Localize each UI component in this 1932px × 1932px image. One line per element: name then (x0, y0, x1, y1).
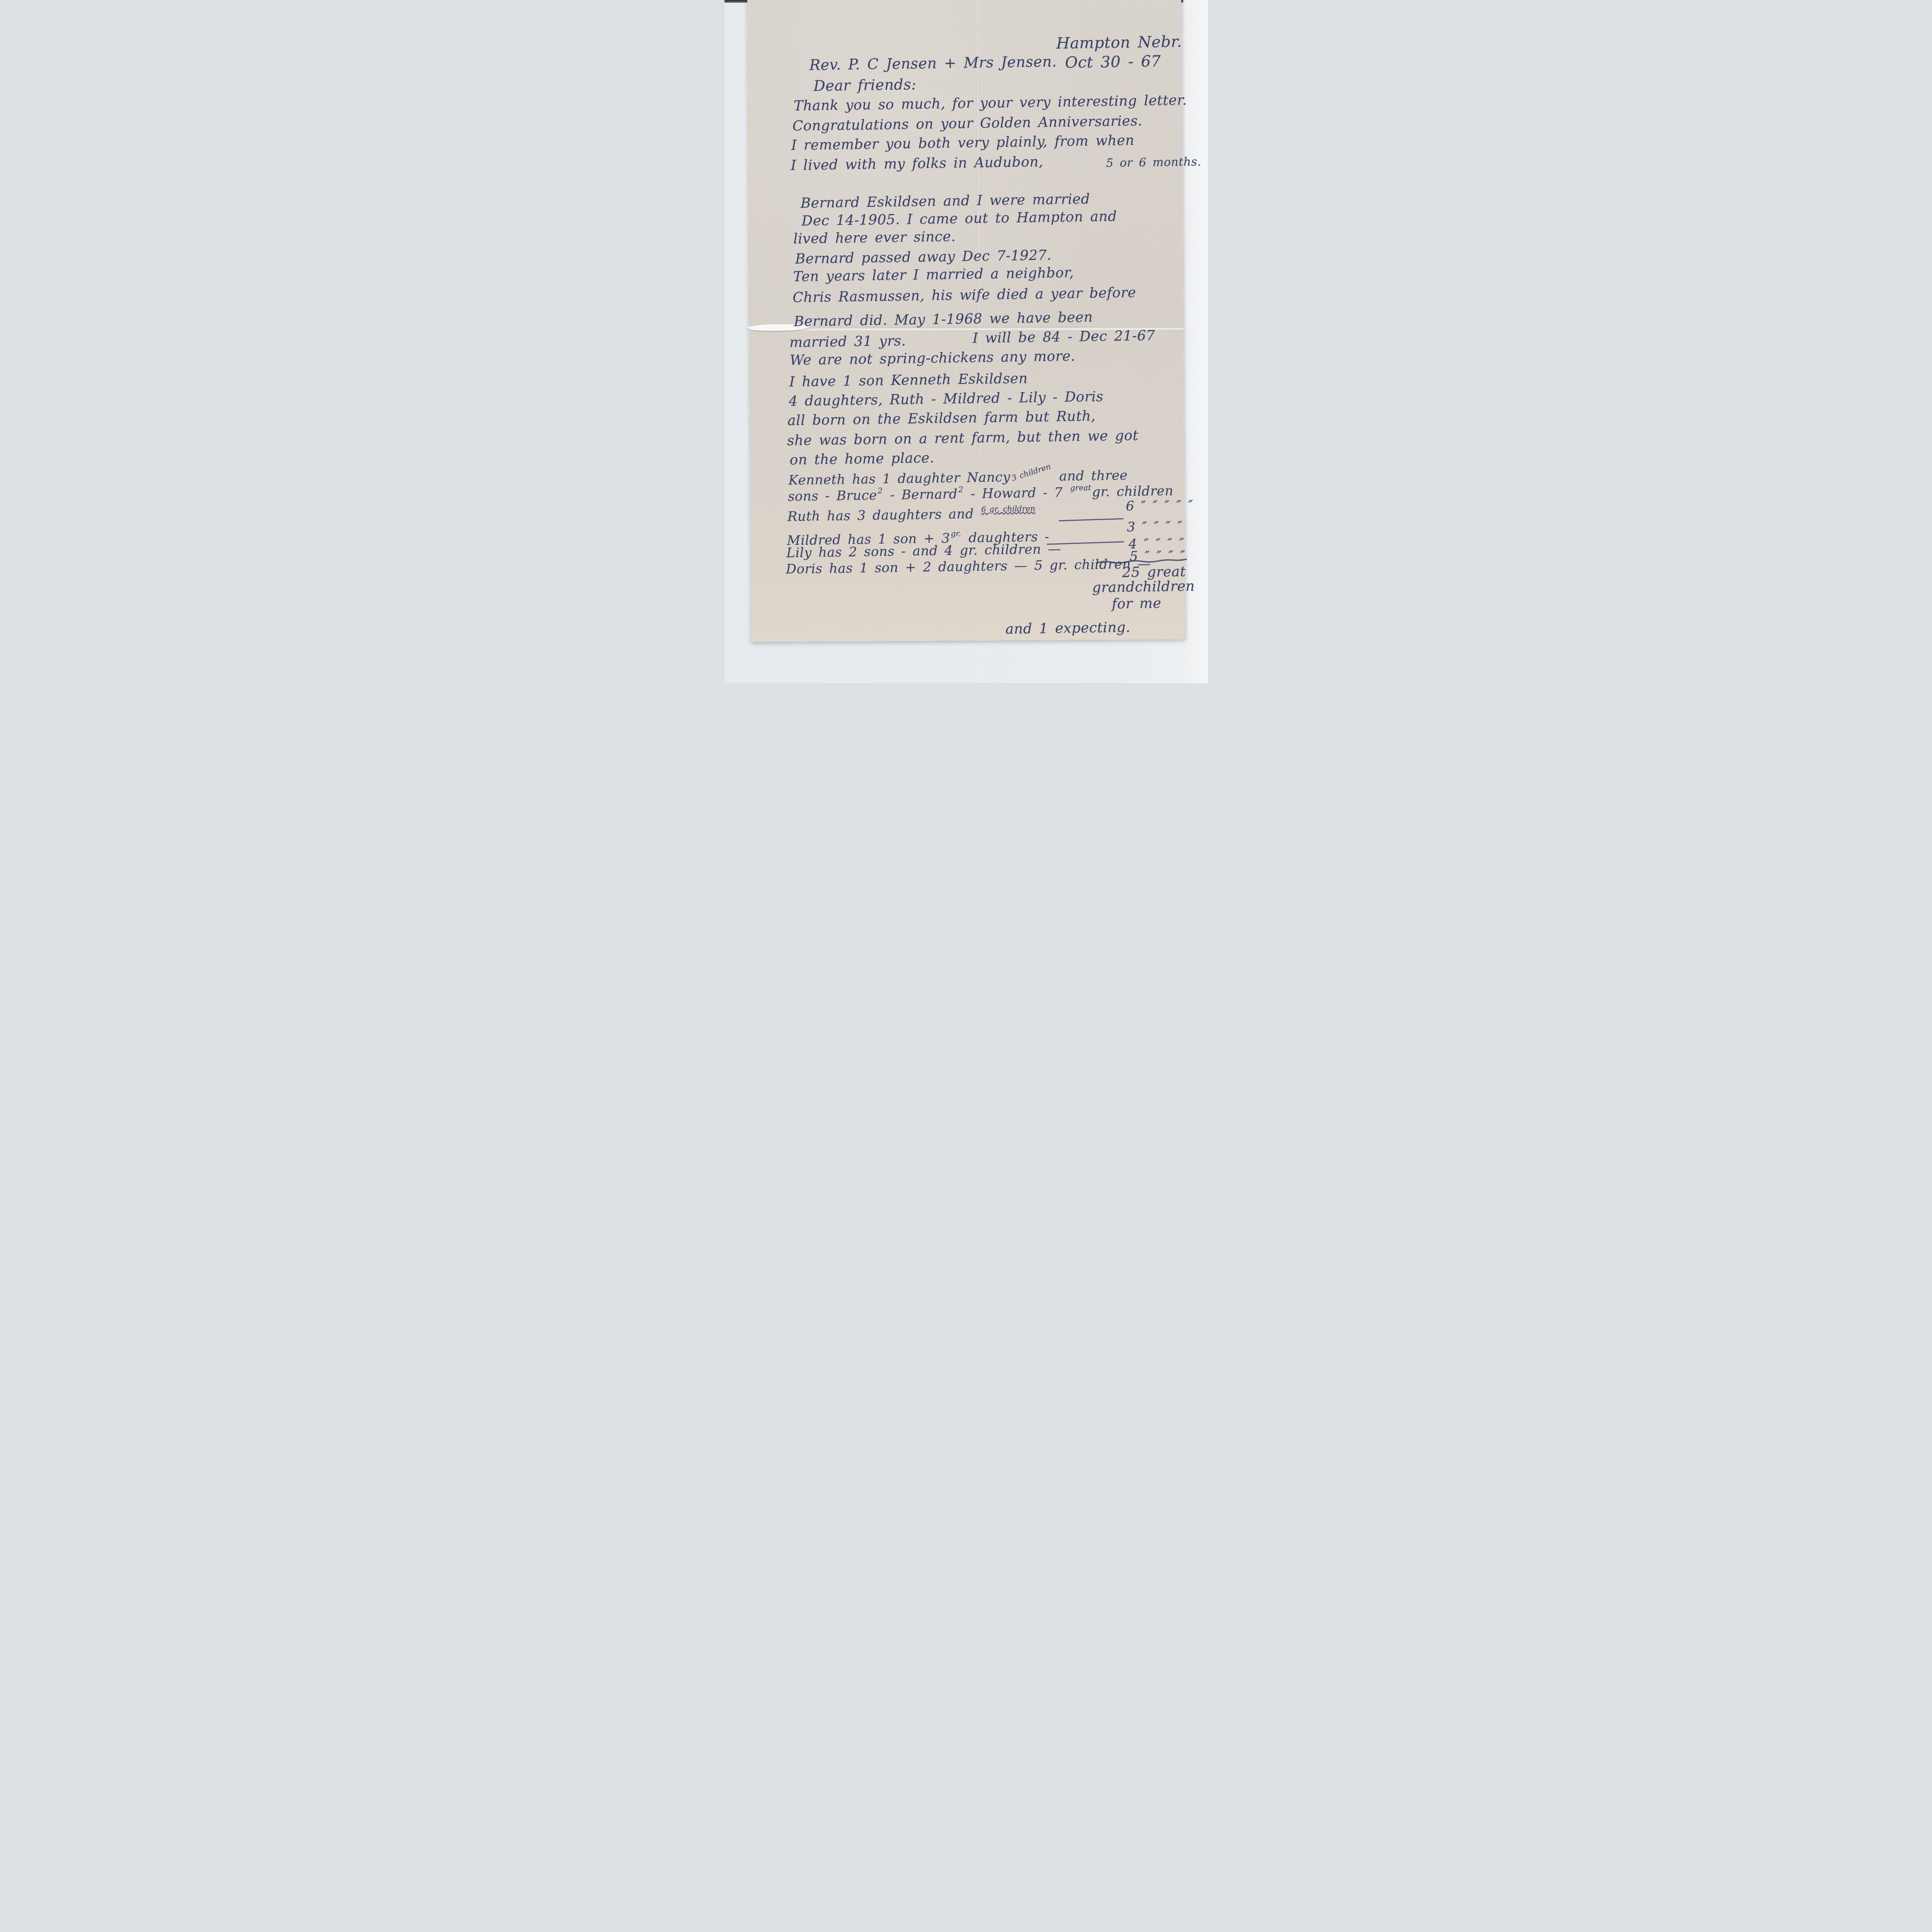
recipient-line: Rev. P. C Jensen + Mrs Jensen. (809, 53, 1057, 74)
para1-line4: I lived with my folks in Audubon, (790, 153, 1043, 174)
sons-line-part1: sons - Bruce (787, 488, 877, 504)
ruth-count: 6 ″ ″ ″ ″ ″ (1126, 498, 1193, 514)
bruce-count-superscript: 2 (878, 486, 883, 495)
family-intro-line4: she was born on a rent farm, but then we… (787, 427, 1138, 449)
ruth-ditto-marks: ″ ″ ″ ″ ″ (1141, 498, 1193, 514)
total-line3: for me (1111, 595, 1161, 612)
handwriting-layer: Hampton Nebr. Oct 30 - 67 Rev. P. C Jens… (724, 0, 1208, 683)
family-intro-line1: I have 1 son Kenneth Eskildsen (789, 370, 1028, 390)
letter-place: Hampton Nebr. (1056, 32, 1182, 53)
letter-date: Oct 30 - 67 (1065, 52, 1161, 72)
ruth-line: Ruth has 3 daughters and 6 gr. children (787, 505, 1036, 525)
family-intro-line3: all born on the Eskildsen farm but Ruth, (787, 408, 1095, 429)
para2-line3: lived here ever since. (793, 228, 956, 247)
para1-line2: Congratulations on your Golden Anniversa… (792, 113, 1142, 135)
kenneth-line-pre: Kenneth has 1 daughter Nancy (788, 469, 1010, 488)
para2-line9: We are not spring-chickens any more. (789, 348, 1075, 369)
salutation-line: Dear friends: (813, 76, 916, 95)
sons-line-part4: gr. children (1092, 483, 1173, 500)
great-superscript: great (1070, 483, 1091, 493)
para2-line5: Ten years later I married a neighbor, (793, 264, 1074, 285)
para1-duration-note: 5 or 6 months. (1106, 155, 1201, 170)
scanned-letter: Hampton Nebr. Oct 30 - 67 Rev. P. C Jens… (724, 0, 1208, 683)
kenneth-line-post: and three (1052, 468, 1128, 484)
para2-married-years: married 31 yrs. (789, 333, 906, 351)
family-intro-line2: 4 daughters, Ruth - Mildred - Lily - Dor… (789, 388, 1104, 410)
para1-line3: I remember you both very plainly, from w… (791, 132, 1134, 154)
sons-line-part3: - Howard - 7 (964, 485, 1070, 502)
sons-line-part2: - Bernard (883, 486, 957, 503)
para2-line2: Dec 14-1905. I came out to Hampton and (801, 208, 1117, 230)
ruth-count-number: 6 (1126, 498, 1134, 514)
para2-line4: Bernard passed away Dec 7-1927. (795, 247, 1051, 267)
para2-line1: Bernard Eskildsen and I were married (800, 191, 1090, 212)
bernard-count-superscript: 2 (958, 485, 963, 494)
mildred-count-number: 3 (1126, 519, 1135, 535)
para2-line6: Chris Rasmussen, his wife died a year be… (793, 284, 1136, 306)
ruth-line-text: Ruth has 3 daughters and (787, 506, 974, 524)
mildred-gr-superscript: gr. (951, 529, 961, 538)
para2-age-note: I will be 84 - Dec 21-67 (972, 327, 1155, 347)
total-line4: and 1 expecting. (1005, 619, 1130, 638)
ruth-dash-stroke (1058, 518, 1123, 521)
nancy-children-superscript: 3 children (1010, 461, 1052, 483)
family-intro-line5: on the home place. (789, 450, 934, 469)
mildred-ditto-marks: ″ ″ ″ ″ (1142, 519, 1182, 535)
total-line2: grandchildren (1092, 578, 1195, 596)
para2-line7: Bernard did. May 1-1968 we have been (793, 309, 1093, 330)
para1-line1: Thank you so much, for your very interes… (793, 92, 1187, 114)
ruth-grandchildren-insert: 6 gr. children (981, 504, 1035, 514)
mildred-count: 3 ″ ″ ″ ″ (1126, 519, 1182, 535)
